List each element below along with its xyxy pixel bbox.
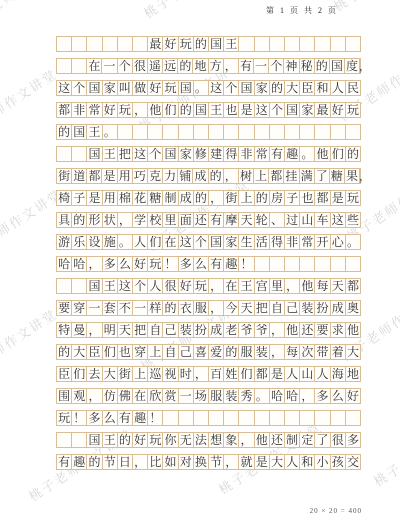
char-cell xyxy=(270,257,285,271)
char-cell: 要 xyxy=(315,323,330,337)
char-cell: 都 xyxy=(346,279,360,293)
grid-row: 国王把这个国家修建得非常有趣。他们的 xyxy=(56,146,361,162)
char-cell: 人 xyxy=(285,455,300,469)
char-cell: 个 xyxy=(72,81,87,95)
char-cell xyxy=(194,411,209,425)
char-cell: 好 xyxy=(133,257,148,271)
char-cell: 玩 xyxy=(194,279,209,293)
char-cell: 宫 xyxy=(255,279,270,293)
char-cell: 还 xyxy=(194,213,209,227)
char-cell xyxy=(133,37,148,51)
grid-row: 的国王。 xyxy=(56,124,361,140)
char-cell xyxy=(118,125,133,139)
char-cell: 服 xyxy=(239,345,254,359)
char-cell: 在 xyxy=(163,235,178,249)
char-cell: 国 xyxy=(87,433,102,447)
char-cell: 天 xyxy=(239,213,254,227)
char-cell: 哈 xyxy=(270,389,285,403)
char-cell: 人 xyxy=(133,235,148,249)
char-cell: 这 xyxy=(118,279,133,293)
char-cell: 装 xyxy=(224,389,239,403)
char-cell: 么 xyxy=(103,411,118,425)
char-cell: 用 xyxy=(118,169,133,183)
char-cell: 果 xyxy=(345,169,360,183)
char-cell xyxy=(255,37,270,51)
char-cell: 带 xyxy=(315,345,330,359)
char-cell: 王 xyxy=(103,147,118,161)
char-cell xyxy=(133,125,148,139)
char-cell: 多 xyxy=(103,257,118,271)
grid-row: 在一个很遥远的地方，有一个神秘的国度， xyxy=(56,58,361,74)
char-cell: 校 xyxy=(148,213,163,227)
char-cell: 他 xyxy=(315,147,330,161)
char-cell: 山 xyxy=(300,213,315,227)
char-cell: 大 xyxy=(103,367,118,381)
char-cell: 过 xyxy=(285,213,300,227)
char-cell: 装 xyxy=(255,345,270,359)
char-cell xyxy=(224,125,239,139)
char-cell: 个 xyxy=(270,103,285,117)
char-cell xyxy=(118,37,133,51)
char-cell xyxy=(72,279,87,293)
char-cell: 有 xyxy=(270,147,285,161)
char-cell: 国 xyxy=(179,81,194,95)
char-cell: 的 xyxy=(87,455,102,469)
char-cell xyxy=(209,411,224,425)
char-cell: 服 xyxy=(209,389,224,403)
char-cell: 哈 xyxy=(72,257,87,271)
char-cell: 去 xyxy=(87,367,102,381)
char-cell: 学 xyxy=(133,213,148,227)
char-cell: 在 xyxy=(87,59,102,73)
char-cell: 这 xyxy=(179,235,194,249)
char-cell: 非 xyxy=(285,235,300,249)
char-cell: ， xyxy=(300,389,315,403)
char-cell: 这 xyxy=(331,213,346,227)
grid-row: 特曼，明天把自己装扮成老爷爷，他还要求他 xyxy=(56,322,361,338)
char-cell xyxy=(331,37,346,51)
char-cell: 有 xyxy=(209,257,224,271)
grid-row: 椅子是用棉花糖制成的，街上的房子也都是玩 xyxy=(56,190,361,206)
char-cell: 臣 xyxy=(87,345,102,359)
char-cell: ， xyxy=(133,103,148,117)
char-cell: 国 xyxy=(209,37,224,51)
char-cell: 国 xyxy=(163,147,178,161)
char-cell: 个 xyxy=(194,235,209,249)
char-cell: ！ xyxy=(163,257,178,271)
char-cell: 糖 xyxy=(148,191,163,205)
char-cell: 玩 xyxy=(163,81,178,95)
char-cell: 己 xyxy=(285,301,300,315)
char-cell: 趣 xyxy=(285,147,300,161)
char-cell xyxy=(331,125,346,139)
char-cell xyxy=(346,411,360,425)
grid-row: 国王的好玩你无法想象，他还制定了很多 xyxy=(56,432,361,448)
char-cell: 如 xyxy=(163,455,178,469)
char-cell: 的 xyxy=(194,191,209,205)
char-cell: 臣 xyxy=(300,81,315,95)
char-cell: 个 xyxy=(269,59,284,73)
char-cell: 国 xyxy=(72,125,87,139)
char-cell: 你 xyxy=(163,433,178,447)
char-cell: 个 xyxy=(133,279,148,293)
char-cell: 好 xyxy=(331,103,346,117)
char-cell: 王 xyxy=(224,37,239,51)
watermark-text: 桃子老师作文讲堂 xyxy=(370,409,400,490)
char-cell: 上 xyxy=(148,345,163,359)
char-cell: 么 xyxy=(194,257,209,271)
char-cell: 臣 xyxy=(57,367,72,381)
char-cell: 们 xyxy=(163,103,178,117)
char-cell: 面 xyxy=(179,213,194,227)
char-cell: 哈 xyxy=(285,389,300,403)
char-cell: 装 xyxy=(300,301,315,315)
char-cell xyxy=(331,411,346,425)
char-cell: 王 xyxy=(209,103,224,117)
char-cell: 制 xyxy=(285,433,300,447)
char-cell: 百 xyxy=(209,367,224,381)
watermark-text: 桃子老师作文讲堂 xyxy=(0,64,61,145)
char-cell xyxy=(315,125,330,139)
char-cell: 人 xyxy=(285,367,300,381)
char-cell xyxy=(270,125,285,139)
char-cell: 国 xyxy=(194,103,209,117)
char-cell: 玩 xyxy=(118,103,133,117)
char-cell: 多 xyxy=(315,389,330,403)
char-cell: 比 xyxy=(148,455,163,469)
grid-size-label: 20 × 20 = 400 xyxy=(56,507,362,515)
char-cell xyxy=(331,257,346,271)
char-cell: 家 xyxy=(224,235,239,249)
char-cell: 个 xyxy=(224,81,239,95)
char-cell xyxy=(163,411,178,425)
char-cell: 海 xyxy=(331,367,346,381)
char-cell: 得 xyxy=(224,147,239,161)
grid-row: 有趣的节日，比如对换节，就是大人和小孩交 xyxy=(56,454,361,470)
char-cell: 得 xyxy=(270,235,285,249)
char-cell xyxy=(194,125,209,139)
char-cell: 这 xyxy=(133,147,148,161)
char-cell: 每 xyxy=(315,279,330,293)
char-cell: 场 xyxy=(194,389,209,403)
char-cell: 有 xyxy=(209,213,224,227)
char-cell: 满 xyxy=(300,169,315,183)
char-cell: 的 xyxy=(270,81,285,95)
char-cell: 。 xyxy=(346,235,360,249)
char-cell: 游 xyxy=(57,235,72,249)
char-cell: 心 xyxy=(331,235,346,249)
char-cell: 山 xyxy=(300,367,315,381)
char-cell: 好 xyxy=(163,37,178,51)
char-cell: 房 xyxy=(270,191,285,205)
char-cell: 喜 xyxy=(194,345,209,359)
char-cell: 有 xyxy=(57,455,72,469)
char-cell: 的 xyxy=(72,213,87,227)
char-cell: 道 xyxy=(72,169,87,183)
char-cell: 人 xyxy=(315,367,330,381)
char-cell: 巧 xyxy=(133,169,148,183)
grid-row: 要穿一套不一样的衣服，今天把自己装扮成奥 xyxy=(56,300,361,316)
char-cell: 家 xyxy=(300,103,315,117)
char-cell: 巡 xyxy=(148,367,163,381)
char-cell: 大 xyxy=(285,81,300,95)
char-cell: 的 xyxy=(194,37,209,51)
char-cell: 成 xyxy=(179,191,194,205)
char-cell: ， xyxy=(224,59,239,73)
char-cell: 赏 xyxy=(163,389,178,403)
char-cell: 还 xyxy=(300,323,315,337)
char-cell xyxy=(300,257,315,271)
char-cell: 最 xyxy=(315,103,330,117)
char-cell: 活 xyxy=(255,235,270,249)
char-cell xyxy=(239,125,254,139)
char-cell: 仿 xyxy=(103,389,118,403)
char-cell: 们 xyxy=(103,345,118,359)
char-cell: 非 xyxy=(239,147,254,161)
char-cell: 日 xyxy=(118,455,133,469)
char-cell: 很 xyxy=(133,59,148,73)
grid-row: 围观，仿佛在欣赏一场服装秀。哈哈，多么好 xyxy=(56,388,361,404)
char-cell: 好 xyxy=(103,103,118,117)
char-cell: 每 xyxy=(285,345,300,359)
char-cell xyxy=(346,125,360,139)
char-cell: 王 xyxy=(87,125,102,139)
char-cell xyxy=(285,37,300,51)
char-cell xyxy=(163,125,178,139)
char-cell: ， xyxy=(87,389,102,403)
char-cell xyxy=(57,147,72,161)
char-cell xyxy=(270,411,285,425)
char-cell xyxy=(72,37,87,51)
grid-row: 的大臣们也穿上自己喜爱的服装，每次带着大 xyxy=(56,344,361,360)
char-cell: 天 xyxy=(118,323,133,337)
char-cell: ， xyxy=(270,323,285,337)
char-cell: 视 xyxy=(163,367,178,381)
char-cell: 子 xyxy=(285,191,300,205)
char-cell: ， xyxy=(87,257,102,271)
char-cell: 的 xyxy=(209,169,224,183)
grid-row: 哈哈，多么好玩！多么有趣！ xyxy=(56,256,361,272)
char-cell: 里 xyxy=(270,279,285,293)
char-cell xyxy=(315,411,330,425)
char-cell: 玩 xyxy=(179,37,194,51)
char-cell xyxy=(285,411,300,425)
char-cell: 开 xyxy=(315,235,330,249)
watermark-text: 桃子老师作文讲堂 xyxy=(330,0,400,15)
char-cell: 是 xyxy=(270,367,285,381)
char-cell: 的 xyxy=(346,147,360,161)
char-cell: 一 xyxy=(254,59,269,73)
char-cell: 些 xyxy=(346,213,360,227)
char-cell: 摩 xyxy=(224,213,239,227)
char-cell: 们 xyxy=(331,147,346,161)
char-cell: 个 xyxy=(148,147,163,161)
grid-row: 臣们去大街上巡视时，百姓们都是人山人海地 xyxy=(56,366,361,382)
char-cell: 和 xyxy=(300,455,315,469)
char-cell: ， xyxy=(133,455,148,469)
char-cell: 是 xyxy=(331,191,346,205)
char-cell: 街 xyxy=(118,367,133,381)
grid-row: 具的形状，学校里面还有摩天轮、过山车这些 xyxy=(56,212,361,228)
char-cell: 上 xyxy=(133,367,148,381)
char-cell: 地 xyxy=(346,367,360,381)
char-cell: 度 xyxy=(345,59,360,73)
char-cell: 王 xyxy=(103,433,118,447)
char-cell xyxy=(179,125,194,139)
char-cell: 们 xyxy=(239,367,254,381)
char-cell: 。 xyxy=(103,125,118,139)
char-cell: 象 xyxy=(224,433,239,447)
char-cell: 铺 xyxy=(178,169,193,183)
char-cell xyxy=(255,125,270,139)
char-cell: 着 xyxy=(331,345,346,359)
char-cell: 棉 xyxy=(118,191,133,205)
char-cell: 佛 xyxy=(118,389,133,403)
char-cell: 了 xyxy=(315,169,330,183)
char-cell: 家 xyxy=(103,81,118,95)
char-cell: 轮 xyxy=(255,213,270,227)
char-cell: 国 xyxy=(330,59,345,73)
char-cell: 王 xyxy=(239,279,254,293)
char-cell: 挂 xyxy=(284,169,299,183)
char-cell: 的 xyxy=(224,345,239,359)
char-cell: 秘 xyxy=(300,59,315,73)
char-cell: 还 xyxy=(270,433,285,447)
char-cell xyxy=(315,37,330,51)
char-cell: 特 xyxy=(57,323,72,337)
char-cell: ， xyxy=(209,191,224,205)
char-cell: ！ xyxy=(239,257,254,271)
char-cell: 具 xyxy=(57,213,72,227)
grid-row: 玩！多么有趣！ xyxy=(56,410,361,426)
char-cell: 爷 xyxy=(255,323,270,337)
char-cell: 奥 xyxy=(346,301,360,315)
char-cell: 叫 xyxy=(118,81,133,95)
char-cell: 方 xyxy=(209,59,224,73)
char-cell: 好 xyxy=(179,279,194,293)
char-cell: 就 xyxy=(239,455,254,469)
title-row: 最好玩的国王 xyxy=(56,36,361,52)
char-cell: 也 xyxy=(224,103,239,117)
char-cell: 国 xyxy=(285,103,300,117)
char-cell: 玩 xyxy=(148,257,163,271)
char-cell: 无 xyxy=(179,433,194,447)
char-cell: 都 xyxy=(315,191,330,205)
char-cell: 服 xyxy=(194,301,209,315)
char-cell: 他 xyxy=(300,279,315,293)
composition-page: 桃子老师作文讲堂桃子老师作文讲堂桃子老师作文讲堂桃子老师作文讲堂桃子老师作文讲堂… xyxy=(0,0,400,532)
char-cell: 遥 xyxy=(148,59,163,73)
char-cell: 他 xyxy=(255,433,270,447)
char-cell: 都 xyxy=(87,169,102,183)
char-cell: 用 xyxy=(103,191,118,205)
char-cell xyxy=(300,37,315,51)
char-cell: 么 xyxy=(118,257,133,271)
char-cell: 玩 xyxy=(346,191,360,205)
char-cell: 己 xyxy=(179,345,194,359)
char-cell: 的 xyxy=(178,59,193,73)
char-cell: 好 xyxy=(133,433,148,447)
char-cell: 花 xyxy=(133,191,148,205)
char-cell: 想 xyxy=(209,433,224,447)
squeeze-punctuation: ， xyxy=(359,168,370,184)
char-cell xyxy=(72,433,87,447)
char-cell: 扮 xyxy=(315,301,330,315)
char-cell xyxy=(224,411,239,425)
char-cell: 修 xyxy=(194,147,209,161)
grid-row: 这个国家叫做好玩国。这个国家的大臣和人民 xyxy=(56,80,361,96)
char-cell: 们 xyxy=(72,367,87,381)
char-cell xyxy=(255,257,270,271)
char-cell: 的 xyxy=(163,301,178,315)
char-cell: 人 xyxy=(148,279,163,293)
char-cell: 国 xyxy=(87,147,102,161)
char-cell: 车 xyxy=(315,213,330,227)
char-cell: 孩 xyxy=(331,455,346,469)
char-cell: 都 xyxy=(57,103,72,117)
char-cell: 次 xyxy=(300,345,315,359)
char-cell: ， xyxy=(209,279,224,293)
char-cell: 最 xyxy=(148,37,163,51)
char-cell xyxy=(300,411,315,425)
char-cell: 要 xyxy=(57,301,72,315)
char-cell: 椅 xyxy=(57,191,72,205)
char-cell: 多 xyxy=(179,257,194,271)
char-cell: 哈 xyxy=(57,257,72,271)
char-cell: 建 xyxy=(209,147,224,161)
char-cell: 天 xyxy=(331,279,346,293)
char-cell: 在 xyxy=(133,389,148,403)
char-cell: 都 xyxy=(269,169,284,183)
char-cell: 。 xyxy=(118,235,133,249)
char-cell: 的 xyxy=(315,59,330,73)
grid-row: 国王这个人很好玩，在王宫里，他每天都 xyxy=(56,278,361,294)
char-cell: 围 xyxy=(57,389,72,403)
char-cell: ， xyxy=(224,455,239,469)
char-cell: 常 xyxy=(300,235,315,249)
char-cell: 他 xyxy=(148,103,163,117)
char-cell: 秀 xyxy=(239,389,254,403)
char-cell: 多 xyxy=(87,411,102,425)
char-cell: 街 xyxy=(224,191,239,205)
char-cell: 节 xyxy=(209,455,224,469)
char-cell: 这 xyxy=(255,103,270,117)
char-cell: 王 xyxy=(103,279,118,293)
char-cell: 把 xyxy=(118,147,133,161)
char-cell xyxy=(315,257,330,271)
char-cell: 定 xyxy=(300,433,315,447)
char-cell xyxy=(285,257,300,271)
char-cell xyxy=(300,125,315,139)
char-cell: 欣 xyxy=(148,389,163,403)
char-cell: 生 xyxy=(239,235,254,249)
char-cell: 有 xyxy=(118,411,133,425)
char-cell: 国 xyxy=(239,81,254,95)
char-cell: 爷 xyxy=(239,323,254,337)
char-cell xyxy=(87,37,102,51)
char-cell: 玩 xyxy=(148,433,163,447)
char-cell xyxy=(57,37,72,51)
char-cell: 一 xyxy=(179,389,194,403)
char-cell: 套 xyxy=(103,301,118,315)
char-cell: 力 xyxy=(163,169,178,183)
char-cell xyxy=(72,147,87,161)
char-cell: 施 xyxy=(103,235,118,249)
char-cell: 成 xyxy=(209,323,224,337)
char-cell: 神 xyxy=(284,59,299,73)
char-cell: 做 xyxy=(133,81,148,95)
char-cell: 自 xyxy=(270,301,285,315)
